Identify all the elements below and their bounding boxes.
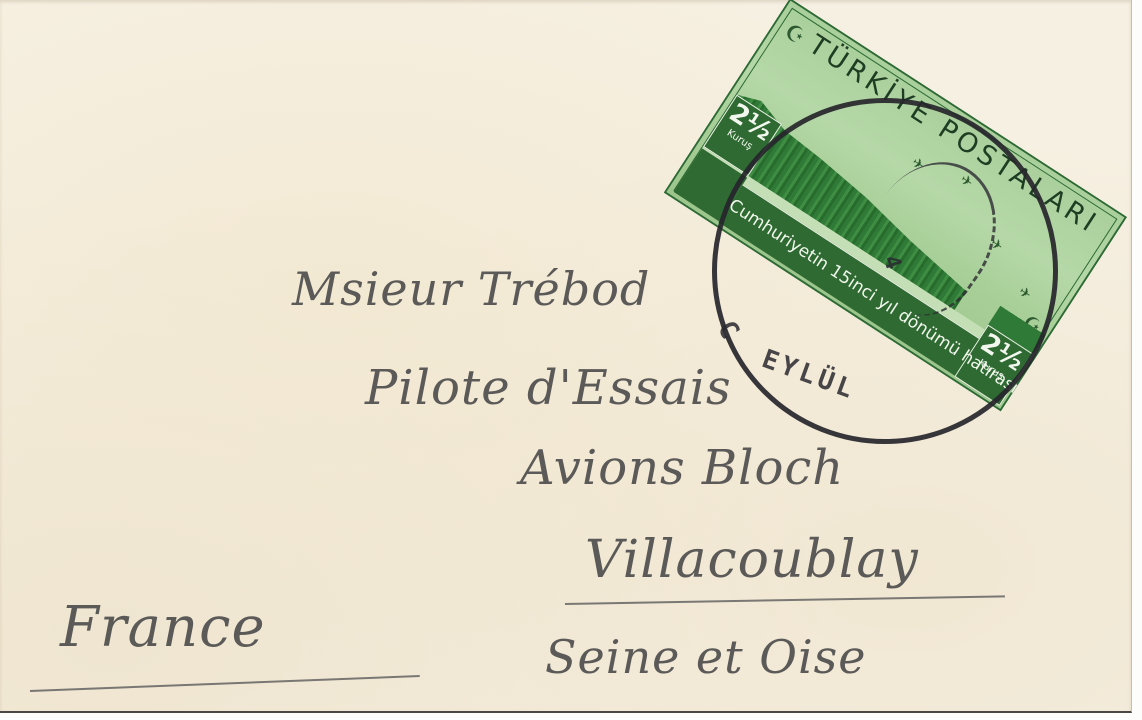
address-title: Pilote d'Essais bbox=[365, 360, 732, 416]
address-department: Seine et Oise bbox=[545, 630, 867, 684]
address-company: Avions Bloch bbox=[520, 440, 844, 496]
address-recipient: Msieur Trébod bbox=[292, 262, 650, 316]
address-city: Villacoublay bbox=[585, 530, 919, 590]
address-country: France bbox=[60, 595, 266, 660]
